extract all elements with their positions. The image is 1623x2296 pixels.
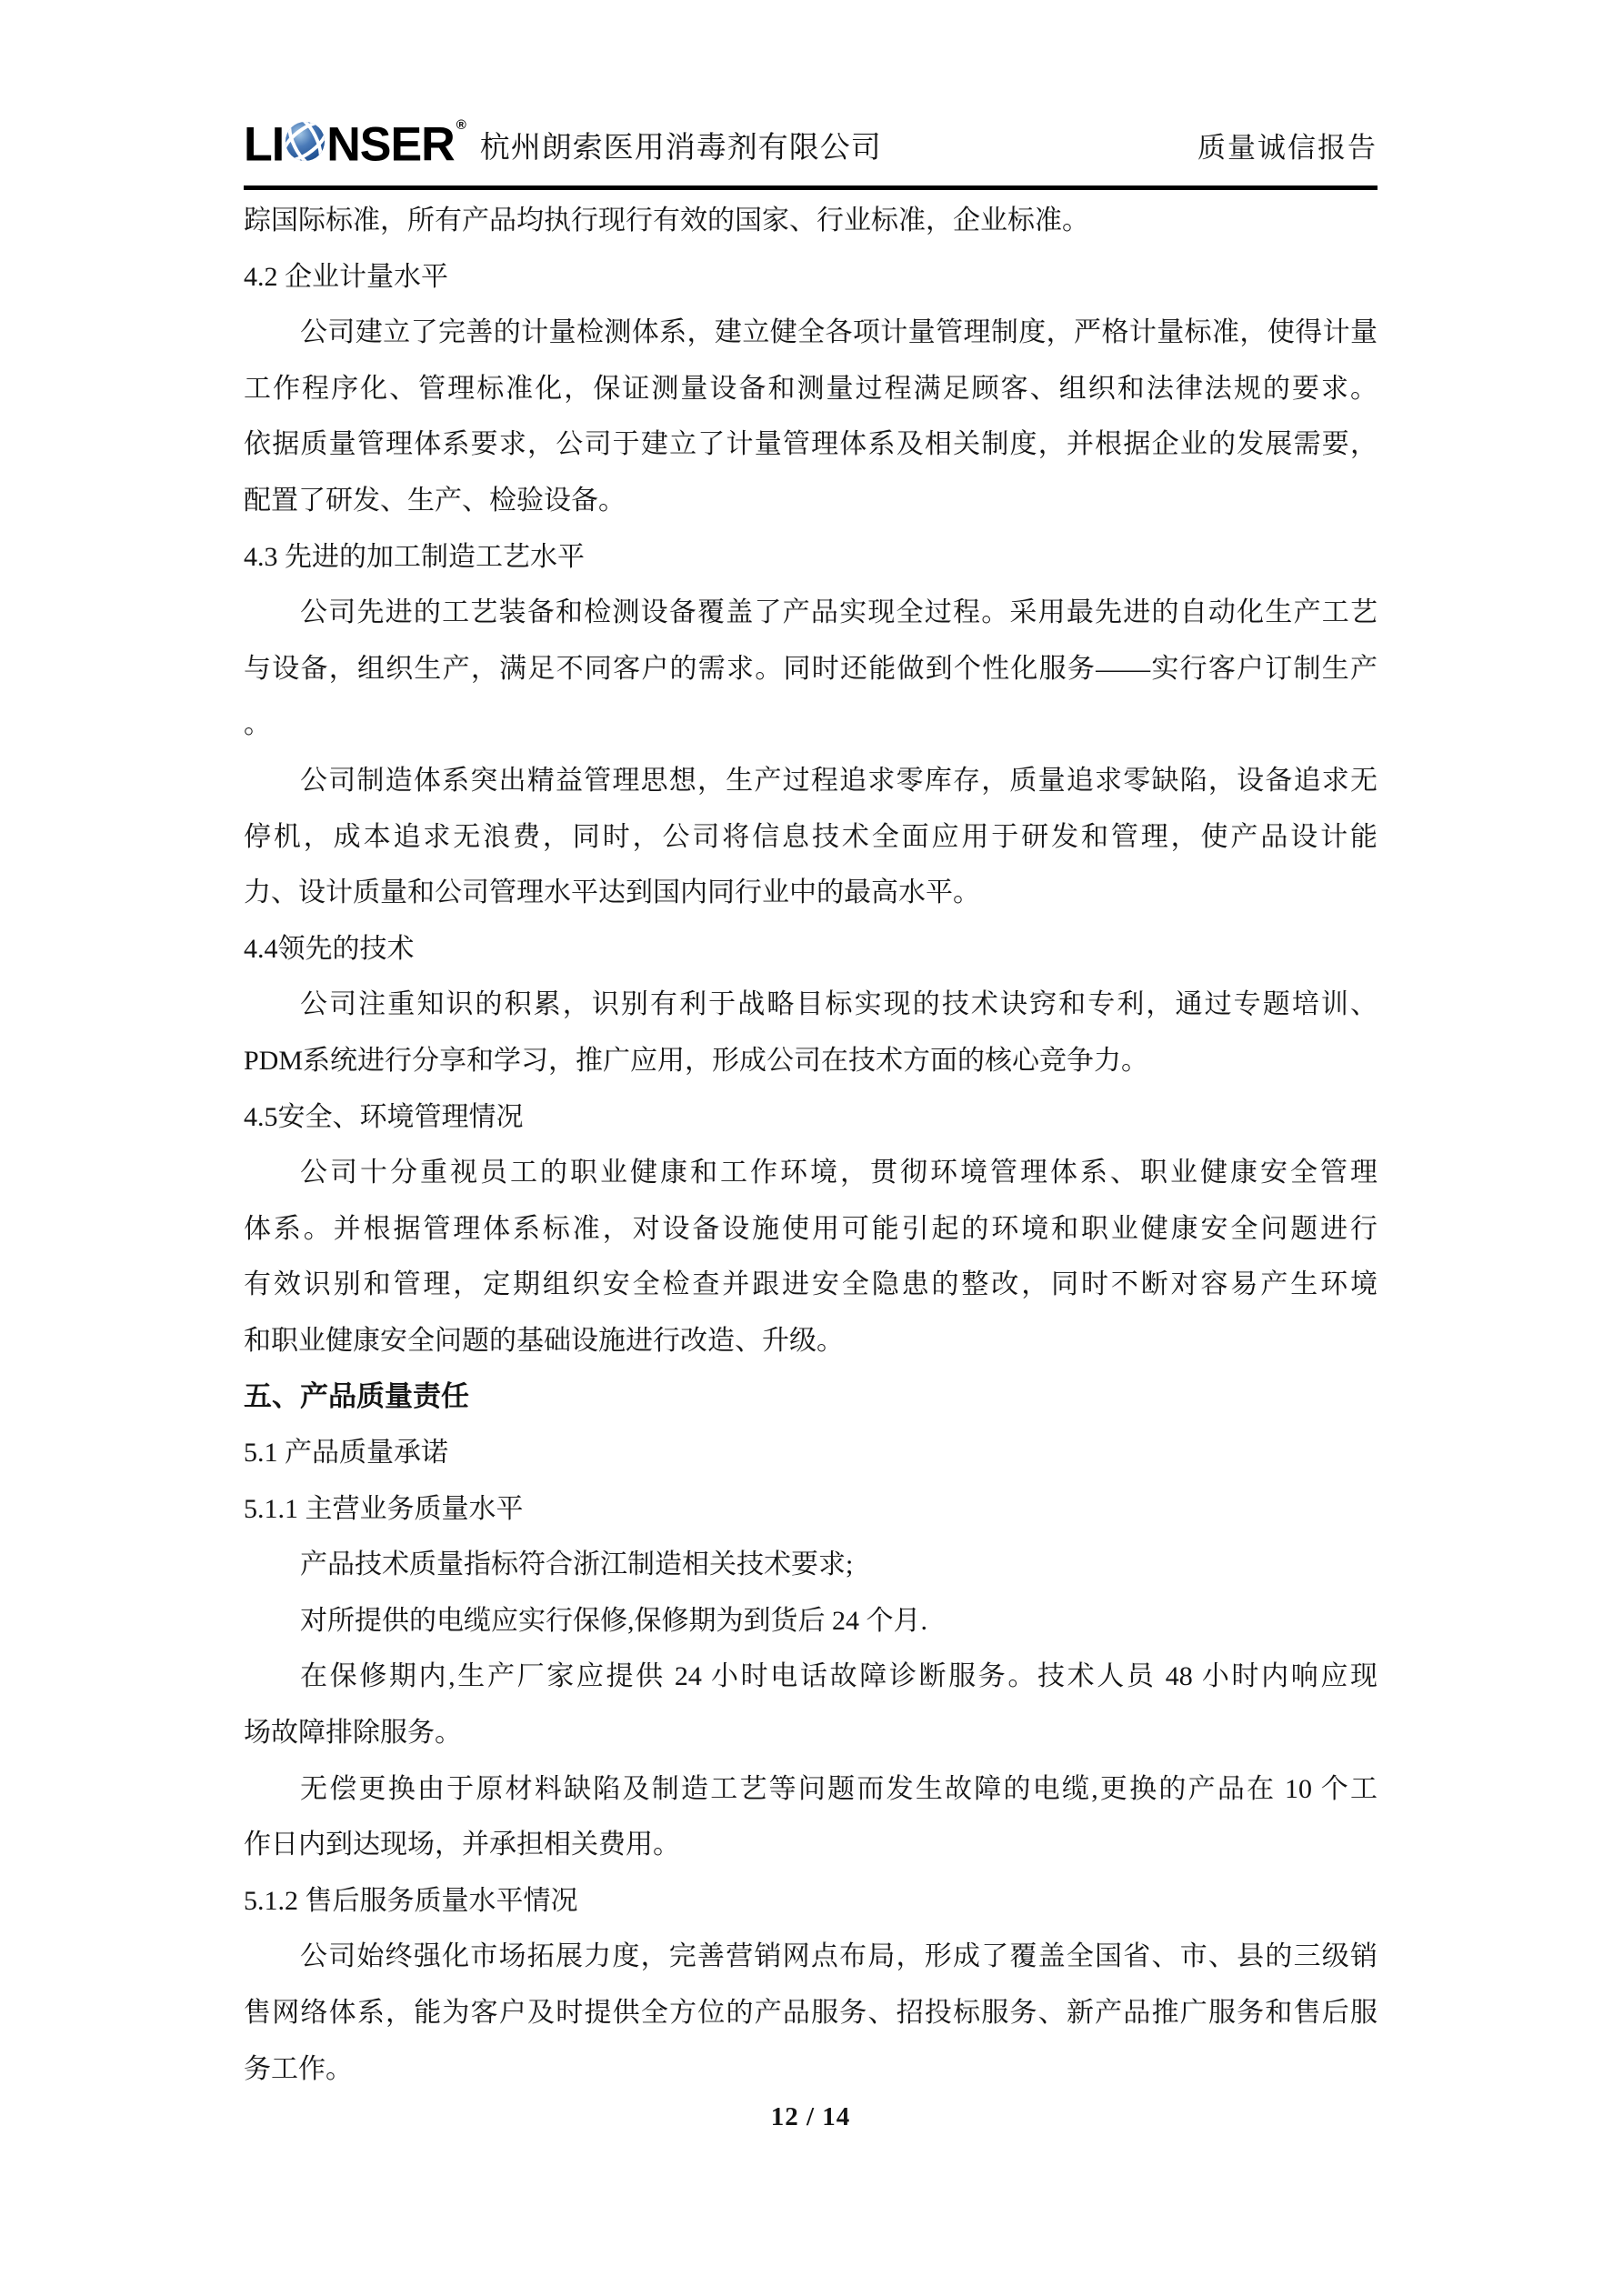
text-line: 公司先进的工艺装备和检测设备覆盖了产品实现全过程。采用最先进的自动化生产工艺 <box>244 585 1378 641</box>
text-line: 4.5安全、环境管理情况 <box>244 1089 1378 1146</box>
logo-text-left: LI <box>244 120 284 168</box>
text-line: 公司注重知识的积累，识别有利于战略目标实现的技术诀窍和专利，通过专题培训、 <box>244 977 1378 1033</box>
lionser-logo: LI NSER <box>244 121 466 168</box>
document-page: LI NSER <box>0 0 1623 2296</box>
text-line: 踪国际标准，所有产品均执行现行有效的国家、行业标准，企业标准。 <box>244 193 1378 249</box>
text-line: 体系。并根据管理体系标准，对设备设施使用可能引起的环境和职业健康安全问题进行 <box>244 1201 1378 1258</box>
text-line: 依据质量管理体系要求，公司于建立了计量管理体系及相关制度，并根据企业的发展需要， <box>244 416 1378 473</box>
page-footer: 12 / 14 <box>244 2096 1378 2138</box>
text-line: 公司建立了完善的计量检测体系，建立健全各项计量管理制度，严格计量标准，使得计量 <box>244 305 1378 361</box>
text-line: PDM系统进行分享和学习，推广应用，形成公司在技术方面的核心竞争力。 <box>244 1033 1378 1089</box>
text-line: 4.4领先的技术 <box>244 921 1378 978</box>
globe-icon <box>285 121 326 162</box>
text-line: 5.1.1 主营业务质量水平 <box>244 1481 1378 1538</box>
text-line: 停机，成本追求无浪费，同时，公司将信息技术全面应用于研发和管理，使产品设计能 <box>244 809 1378 866</box>
text-line: 五、产品质量责任 <box>244 1369 1378 1425</box>
document-body: 踪国际标准，所有产品均执行现行有效的国家、行业标准，企业标准。4.2 企业计量水… <box>244 193 1378 2097</box>
text-line: 无偿更换由于原材料缺陷及制造工艺等问题而发生故障的电缆,更换的产品在 10 个工 <box>244 1761 1378 1818</box>
text-line: 4.2 企业计量水平 <box>244 249 1378 306</box>
text-line: 务工作。 <box>244 2041 1378 2098</box>
text-line: 对所提供的电缆应实行保修,保修期为到货后 24 个月. <box>244 1593 1378 1649</box>
text-line: 公司始终强化市场拓展力度，完善营销网点布局，形成了覆盖全国省、市、县的三级销 <box>244 1929 1378 1985</box>
brand-block: LI NSER <box>244 121 882 168</box>
text-line: 。 <box>244 697 1378 753</box>
text-line: 5.1 产品质量承诺 <box>244 1425 1378 1481</box>
text-line: 工作程序化、管理标准化，保证测量设备和测量过程满足顾客、组织和法律法规的要求。 <box>244 361 1378 417</box>
text-line: 与设备，组织生产，满足不同客户的需求。同时还能做到个性化服务——实行客户订制生产 <box>244 641 1378 697</box>
text-line: 配置了研发、生产、检验设备。 <box>244 473 1378 529</box>
registered-trademark-icon: ® <box>456 118 466 132</box>
text-line: 4.3 先进的加工制造工艺水平 <box>244 529 1378 586</box>
company-name: 杭州朗索医用消毒剂有限公司 <box>480 124 882 166</box>
text-line: 售网络体系，能为客户及时提供全方位的产品服务、招投标服务、新产品推广服务和售后服 <box>244 1985 1378 2041</box>
text-line: 在保修期内,生产厂家应提供 24 小时电话故障诊断服务。技术人员 48 小时内响… <box>244 1649 1378 1705</box>
page-header: LI NSER <box>244 113 1378 176</box>
logo-text-right: NSER <box>326 120 454 168</box>
text-line: 公司十分重视员工的职业健康和工作环境，贯彻环境管理体系、职业健康安全管理 <box>244 1145 1378 1201</box>
text-line: 产品技术质量指标符合浙江制造相关技术要求; <box>244 1537 1378 1593</box>
page-number: 12 / 14 <box>771 2102 851 2131</box>
text-line: 和职业健康安全问题的基础设施进行改造、升级。 <box>244 1313 1378 1369</box>
text-line: 公司制造体系突出精益管理思想，生产过程追求零库存，质量追求零缺陷，设备追求无 <box>244 753 1378 809</box>
text-line: 力、设计质量和公司管理水平达到国内同行业中的最高水平。 <box>244 865 1378 921</box>
text-line: 5.1.2 售后服务质量水平情况 <box>244 1873 1378 1930</box>
text-line: 作日内到达现场，并承担相关费用。 <box>244 1817 1378 1873</box>
header-divider <box>244 185 1378 190</box>
document-title: 质量诚信报告 <box>1197 125 1378 165</box>
text-line: 场故障排除服务。 <box>244 1705 1378 1761</box>
text-line: 有效识别和管理，定期组织安全检查并跟进安全隐患的整改，同时不断对容易产生环境 <box>244 1257 1378 1313</box>
